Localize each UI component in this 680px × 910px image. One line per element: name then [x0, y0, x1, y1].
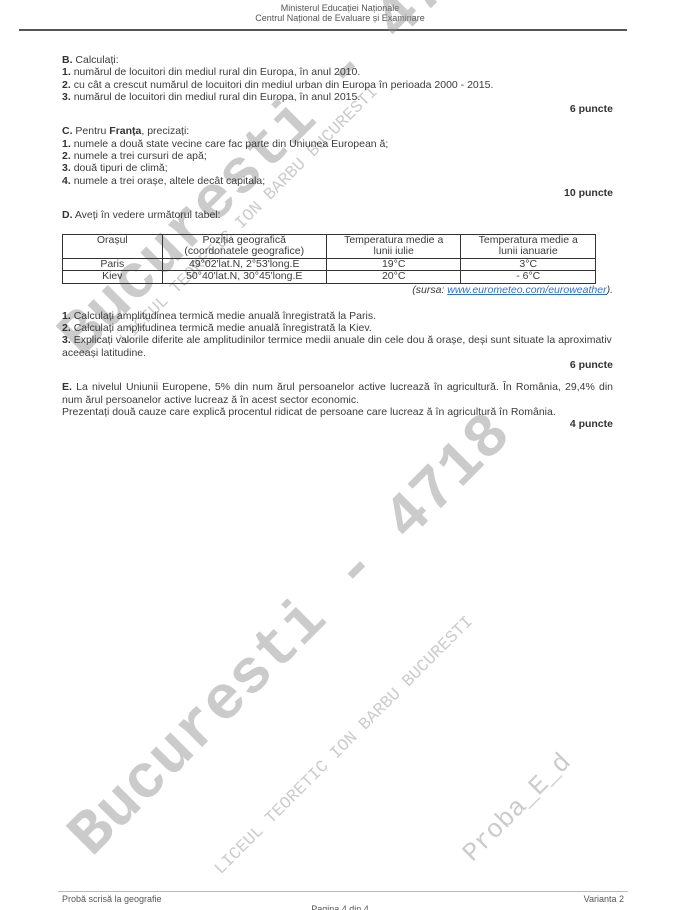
section-d-item: 2. Calculați amplitudinea termică medie …	[62, 322, 613, 334]
footer-divider	[58, 891, 628, 892]
exam-content: B. Calculați: 1. numărul de locuitori di…	[62, 54, 613, 431]
section-d-title: Aveți în vedere următorul tabel:	[75, 209, 221, 221]
section-b-letter: B.	[62, 54, 73, 66]
page-header: Ministerul Educației Naționale Centrul N…	[0, 3, 680, 23]
watermark-lower-small: LICEUL TEORETIC ION BARBU BUCURESTI	[212, 613, 478, 879]
section-c-item: 2. numele a trei cursuri de apă;	[62, 150, 613, 162]
section-d-item: 3. Explicați valorile diferite ale ampli…	[62, 334, 613, 359]
footer-variant: Varianta 2	[584, 894, 624, 904]
table-header-cell: Poziția geografică(coordonatele geografi…	[162, 234, 326, 258]
section-c-letter: C.	[62, 125, 73, 137]
section-e: E. La nivelul Uniunii Europene, 5% din n…	[62, 381, 613, 430]
table-cell: 20°C	[326, 271, 461, 284]
footer-page-number: Pagina 4 din 4	[0, 904, 680, 910]
header-ministry: Ministerul Educației Naționale	[0, 3, 680, 13]
climate-table: Orașul Poziția geografică(coordonatele g…	[62, 234, 596, 284]
table-header-cell: Temperatura medie alunii ianuarie	[461, 234, 596, 258]
table-header-cell: Orașul	[63, 234, 163, 258]
section-d: D. Aveți în vedere următorul tabel: Oraș…	[62, 209, 613, 371]
section-c-item: 3. două tipuri de climă;	[62, 162, 613, 174]
section-b-item: 1. numărul de locuitori din mediul rural…	[62, 66, 613, 78]
section-b-title: Calculați:	[75, 54, 118, 66]
section-b-item: 3. numărul de locuitori din mediul rural…	[62, 91, 613, 103]
table-cell: - 6°C	[461, 271, 596, 284]
table-cell: 49°02'lat.N, 2°53'long.E	[162, 258, 326, 271]
table-cell: Paris	[63, 258, 163, 271]
footer-subject: Probă scrisă la geografie	[62, 894, 162, 904]
section-b: B. Calculați: 1. numărul de locuitori di…	[62, 54, 613, 115]
table-cell: 19°C	[326, 258, 461, 271]
header-center: Centrul Național de Evaluare și Examinar…	[0, 13, 680, 23]
table-header-cell: Temperatura medie alunii iulie	[326, 234, 461, 258]
watermark-lower-big: Bucuresti - 4718	[55, 400, 526, 871]
table-source: (sursa: www.eurometeo.com/euroweather).	[62, 284, 613, 296]
watermark-proba: Proba_E_d	[457, 747, 578, 868]
section-b-points: 6 puncte	[62, 103, 613, 115]
section-c-item: 1. numele a două state vecine care fac p…	[62, 138, 613, 150]
section-c-item: 4. numele a trei orașe, altele decât cap…	[62, 175, 613, 187]
section-c-points: 10 puncte	[62, 187, 613, 199]
section-d-item: 1. Calculați amplitudinea termică medie …	[62, 310, 613, 322]
table-cell: Kiev	[63, 271, 163, 284]
section-d-letter: D.	[62, 209, 73, 221]
table-row: Paris 49°02'lat.N, 2°53'long.E 19°C 3°C	[63, 258, 596, 271]
table-cell: 3°C	[461, 258, 596, 271]
header-divider	[19, 29, 627, 31]
section-e-points: 4 puncte	[62, 418, 613, 430]
section-e-text: E. La nivelul Uniunii Europene, 5% din n…	[62, 381, 613, 406]
section-c: C. Pentru Franța, precizați: 1. numele a…	[62, 125, 613, 199]
section-b-item: 2. cu cât a crescut numărul de locuitori…	[62, 79, 613, 91]
country-name: Franța	[109, 125, 141, 137]
section-e-task: Prezentați două cauze care explică proce…	[62, 406, 613, 418]
table-header-row: Orașul Poziția geografică(coordonatele g…	[63, 234, 596, 258]
table-row: Kiev 50°40'lat.N, 30°45'long.E 20°C - 6°…	[63, 271, 596, 284]
source-link[interactable]: www.eurometeo.com/euroweather	[447, 284, 606, 296]
section-d-points: 6 puncte	[62, 359, 613, 371]
table-cell: 50°40'lat.N, 30°45'long.E	[162, 271, 326, 284]
